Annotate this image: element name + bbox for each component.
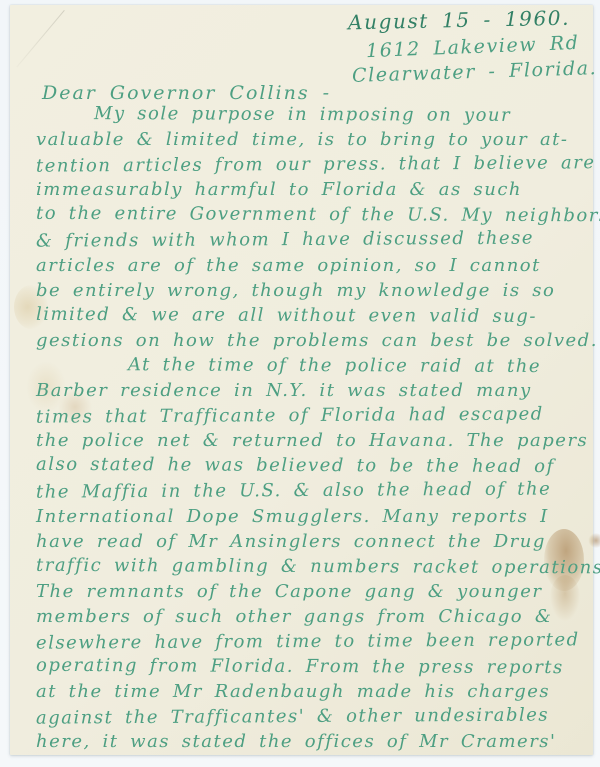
paper-stain xyxy=(588,533,600,548)
letter-line: valuable & limited time, is to bring to … xyxy=(36,127,576,152)
letter-line: At the time of the police raid at the xyxy=(36,352,576,379)
letter-line: traffic with gambling & numbers racket o… xyxy=(36,553,576,580)
letter-line: against the Trafficantes' & other undesi… xyxy=(36,703,576,731)
scanned-letter-page: August 15 - 1960. 1612 Lakeview Rd Clear… xyxy=(0,0,600,767)
letter-line: the Maffia in the U.S. & also the head o… xyxy=(36,477,576,505)
paper-crease xyxy=(16,10,64,67)
letter-paragraph: My sole purpose in imposing on yourvalua… xyxy=(36,102,576,353)
letter-line: the police net & returned to Havana. The… xyxy=(36,428,576,453)
letter-line: limited & we are all without even valid … xyxy=(36,302,576,329)
letter-line: immeasurably harmful to Florida & as suc… xyxy=(36,177,576,202)
letter-line: be entirely wrong, though my knowledge i… xyxy=(36,278,576,303)
letter-date: August 15 - 1960. xyxy=(348,6,571,35)
letter-line: to the entire Government of the U.S. My … xyxy=(36,201,576,228)
letter-line: gestions on how the problems can best be… xyxy=(36,328,576,353)
letter-line: articles are of the same opinion, so I c… xyxy=(36,253,576,278)
letter-line: The remnants of the Capone gang & younge… xyxy=(36,579,576,604)
letter-line: also stated he was believed to be the he… xyxy=(36,452,576,479)
letter-body: My sole purpose in imposing on yourvalua… xyxy=(36,102,576,754)
letter-line: times that Trafficante of Florida had es… xyxy=(36,401,576,429)
letter-line: Barber residence in N.Y. it was stated m… xyxy=(36,378,576,403)
letter-line: & friends with whom I have discussed the… xyxy=(36,226,576,254)
letter-line: at the time Mr Radenbaugh made his charg… xyxy=(36,679,576,704)
letter-line: tention articles from our press. that I … xyxy=(36,151,576,179)
letter-line: have read of Mr Ansinglers connect the D… xyxy=(36,529,576,554)
letter-line: International Dope Smugglers. Many repor… xyxy=(36,504,576,529)
letter-line: members of such other gangs from Chicago… xyxy=(36,604,576,629)
letter-line: here, it was stated the offices of Mr Cr… xyxy=(36,729,576,754)
letter-line: operating from Florida. From the press r… xyxy=(36,653,576,680)
letter-paragraph: At the time of the police raid at theBar… xyxy=(36,353,576,755)
letter-line: My sole purpose in imposing on your xyxy=(36,101,576,128)
letter-line: elsewhere have from time to time been re… xyxy=(36,627,576,655)
